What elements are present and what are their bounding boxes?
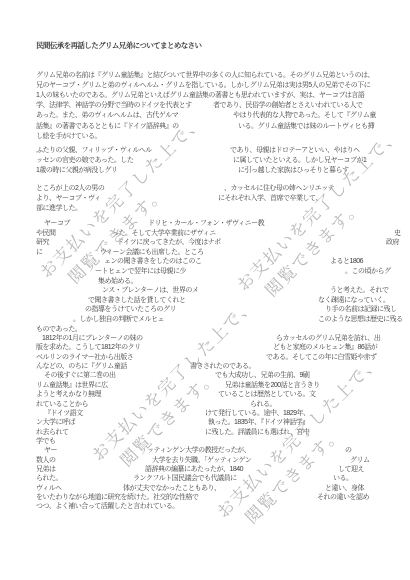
text-fragment: や民間 (36, 229, 56, 238)
text-fragment: それの違いを認め (317, 493, 369, 502)
text-fragment: 部に進学した。 (36, 204, 82, 213)
text-fragment: 大学を去り失職。「ゲッティンゲン (152, 456, 251, 465)
text-fragment: ヴィルヘ (36, 484, 62, 493)
text-fragment: 兄弟は童話集を200話と言うきり (225, 381, 320, 390)
text-fragment: ようと考えかなり無理 (36, 390, 101, 399)
text-fragment: やはり代表的な人物であった。そして『グリム童 (233, 111, 376, 120)
text-fragment: 。この頃からグ (345, 267, 391, 276)
text-fragment: して迎え (338, 465, 364, 474)
text-fragment: 政府 (386, 238, 399, 247)
text-fragment: 『ドイツ語文 (44, 409, 83, 418)
text-fragment: ところが上の2人の男の (36, 184, 104, 193)
text-fragment: 集め始める。 (98, 277, 137, 286)
text-fragment: ェンの聞き書きをしたのはこのこ (104, 257, 202, 266)
text-fragment: ベルリンのライマー社から出版さ (36, 353, 133, 362)
document-page: 民間伝承を再話したグリム兄弟についてまとめなさい グリム兄弟の名前は『グリム童話… (0, 0, 410, 580)
text-fragment: ランクフルト国民議会でも代議員に (133, 474, 237, 483)
text-fragment: ッセンの官吏の娘であった。した (36, 156, 133, 165)
text-fragment: れていることから (36, 400, 88, 409)
text-fragment: ウィーン会議にも出席した。ところ (100, 248, 203, 257)
text-fragment: どもと家庭のメルヒェン集』86話が (273, 343, 377, 352)
text-fragment: り手の名前は記録に残し (325, 305, 397, 314)
text-fragment: つつ、よく補い合って活躍したと言われている。 (36, 502, 179, 511)
text-fragment: らカッセルのグリム兄弟を訪れ、出 (276, 334, 380, 343)
text-fragment: と違い、身体 (325, 484, 364, 493)
text-fragment: よると1806 (330, 257, 363, 266)
text-fragment: にそれぞれ入学、首席で卒業して、 (218, 194, 322, 203)
text-fragment: られた。 (36, 474, 62, 483)
text-fragment: ッティンゲン大学の教授だったが、 (147, 446, 250, 455)
text-fragment: 1人の妹もいたのである。グリム兄弟といえばグリム童話集の著書とも思われていますが… (36, 91, 364, 100)
text-fragment: なく疎遠になっていく。 (318, 296, 389, 305)
text-fragment: でも大成功し、兄弟の生前、9刷 (215, 371, 309, 380)
text-fragment: れ去られて (36, 428, 69, 437)
text-fragment: 数人の (36, 456, 56, 465)
text-fragment: うと考えた。それで (330, 286, 389, 295)
text-fragment: の指導をうけていたころのグリ (85, 305, 176, 314)
text-fragment: ふたりの父親、フィリップ・ヴィルヘル (36, 146, 152, 155)
text-fragment: 語辞典の編纂にあたったが、1840 (145, 465, 243, 474)
text-fragment: ートヒェンで翌年には母親に少 (95, 267, 186, 276)
text-fragment: ン大学に呼ば (36, 418, 75, 427)
text-fragment: ンス・ブレンターノは、世界のメ (102, 286, 198, 295)
text-fragment: 。しかし独自の判断でメルヒェ (73, 315, 164, 324)
text-fragment: 兄弟は (36, 465, 56, 474)
text-fragment: 執った。1835年、『ドイツ神話学』 (208, 418, 309, 427)
text-fragment: グリム兄弟の名前は『グリム童話集』と結びついて世界中の多くの人に知られている。そ… (36, 71, 374, 80)
text-fragment: より、ヤーコブ・ヴィ (36, 194, 101, 203)
text-fragment: 学、法律学、神話学の分野で当時のドイツを代表とす (36, 101, 192, 110)
text-fragment: あった。また、弟のヴィルヘルムは、古代ゲルマ (36, 111, 178, 120)
text-fragment: をいたわりながら地道に研究を続けた。社交的な性格で (36, 493, 199, 502)
text-fragment: グリム (350, 456, 370, 465)
text-fragment: で聞き書きした話を貸してくれと (88, 296, 186, 305)
text-fragment: んなどの、のちに『グリム童話 (36, 362, 127, 371)
text-fragment: である。そしてこの年に白雪姫や赤ず (266, 353, 377, 362)
text-fragment: いる。グリム童話集では妹のルートヴィヒも挿 (238, 122, 374, 131)
text-fragment: られる。 (250, 400, 276, 409)
text-fragment: の (345, 446, 352, 455)
text-fragment: ドリヒ・カール・フォン・ザヴィニー教 (148, 219, 264, 228)
text-fragment: けて発行している。途中、1829年、 (205, 409, 310, 418)
text-fragment: リム童話集』は世界に広 (36, 381, 108, 390)
text-fragment: 1歳の時に父親が病没しグリ (36, 166, 117, 175)
text-fragment: ていることは歴然としている。文 (218, 390, 316, 399)
text-fragment: 者であり、民俗学の創始者とさえいわれている人で (213, 101, 363, 110)
text-fragment: 研究 (36, 238, 49, 247)
text-fragment: ものであった。 (36, 325, 81, 334)
text-fragment: に残した。評議員にも選ばれ、宮中 (205, 428, 309, 437)
text-fragment: に属していたといえる。しかし兄ヤーコブが1 (233, 156, 366, 165)
text-fragment: ドイツに戻ってきたが、今度はナポ (117, 238, 221, 247)
text-fragment: であり、母親はドロテーアといい、やはりヘ (230, 146, 360, 155)
text-fragment: に引っ越した家族はひっそりと暮らす (238, 166, 349, 175)
document-title: 民間伝承を再話したグリム兄弟についてまとめなさい (36, 40, 201, 51)
text-fragment: 版を求めた。こうして1812年のクリ (36, 343, 141, 352)
text-fragment: いる。 (333, 474, 353, 483)
text-fragment: 体が丈夫でなかったこともあり、 (123, 484, 221, 493)
text-fragment: った。そして大学卒業前にザヴィニ (112, 229, 216, 238)
text-fragment: 史 (394, 229, 401, 238)
text-fragment: 話集』の著書であるとともに『ドイツ語辞典』の (36, 122, 179, 131)
text-fragment: し絵を手がけている。 (36, 132, 101, 141)
text-fragment: 、カッセルに住む母の姉ヘンリエッテ (224, 184, 334, 193)
text-fragment: 兄のヤーコブ・グリムと弟のヴィルヘルム・グリムを指している。しかしグリム兄弟は実… (36, 81, 370, 90)
text-fragment: ヤー (44, 446, 57, 455)
text-fragment: このような思想は歴史に残る (318, 315, 403, 324)
text-fragment: に (36, 248, 43, 257)
text-fragment: 学でも (36, 437, 56, 446)
text-fragment: その後すぐに第二巻の出 (44, 371, 116, 380)
text-fragment: ヤーコブ (44, 219, 70, 228)
text-fragment: 書きされたのである。 (190, 362, 255, 371)
text-fragment: 1812年の1月にブレンターノの妹の (42, 334, 143, 343)
